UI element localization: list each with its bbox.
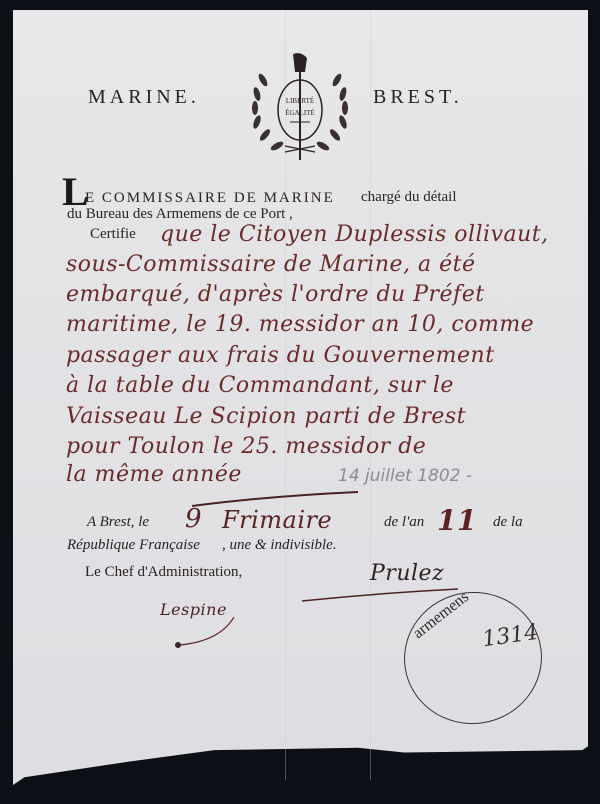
signature-right: Prulez: [370, 561, 444, 586]
republique-francaise: République Française: [67, 537, 200, 554]
date-month: Frimaire: [222, 506, 332, 534]
signature-flourish-icon: [160, 605, 240, 655]
certifie-label: Certifie: [90, 226, 136, 243]
handwritten-line: embarqué, d'après l'ordre du Préfet: [66, 282, 485, 307]
pencil-date-annotation: 14 juillet 1802 -: [338, 466, 472, 486]
handwritten-line: à la table du Commandant, sur le: [66, 373, 454, 398]
handwritten-line: la même année: [66, 462, 242, 487]
svg-text:LIBERTÉ: LIBERTÉ: [286, 97, 314, 105]
handwritten-line: pour Toulon le 25. messidor de: [66, 434, 426, 459]
handwritten-line: sous-Commissaire de Marine, a été: [66, 252, 475, 277]
handwritten-line: maritime, le 19. messidor an 10, comme: [66, 312, 534, 337]
handwritten-line: Vaisseau Le Scipion parti de Brest: [66, 404, 466, 429]
date-suffix: de la: [493, 514, 523, 531]
header-marine: MARINE.: [88, 86, 200, 109]
handwritten-line: que le Citoyen Duplessis ollivaut,: [160, 222, 549, 247]
date-prefix: A Brest, le: [87, 514, 149, 531]
bureau-des-armemens: du Bureau des Armemens de ce Port ,: [67, 206, 293, 223]
date-year: 11: [437, 504, 477, 537]
date-an-label: de l'an: [384, 514, 424, 531]
chef-administration-label: Le Chef d'Administration,: [85, 564, 242, 581]
handwritten-line: passager aux frais du Gouvernement: [66, 343, 495, 368]
republic-emblem-icon: LIBERTÉ ÉGALITÉ: [245, 52, 355, 169]
stamp-number: 1314: [481, 620, 540, 653]
une-indivisible: , une & indivisible.: [222, 537, 337, 554]
charge-du-detail: chargé du détail: [361, 189, 457, 206]
date-day: 9: [185, 504, 202, 534]
commissaire-title: E COMMISSAIRE DE MARINE: [85, 190, 335, 207]
header-brest: BREST.: [373, 86, 463, 109]
svg-text:ÉGALITÉ: ÉGALITÉ: [285, 109, 315, 117]
